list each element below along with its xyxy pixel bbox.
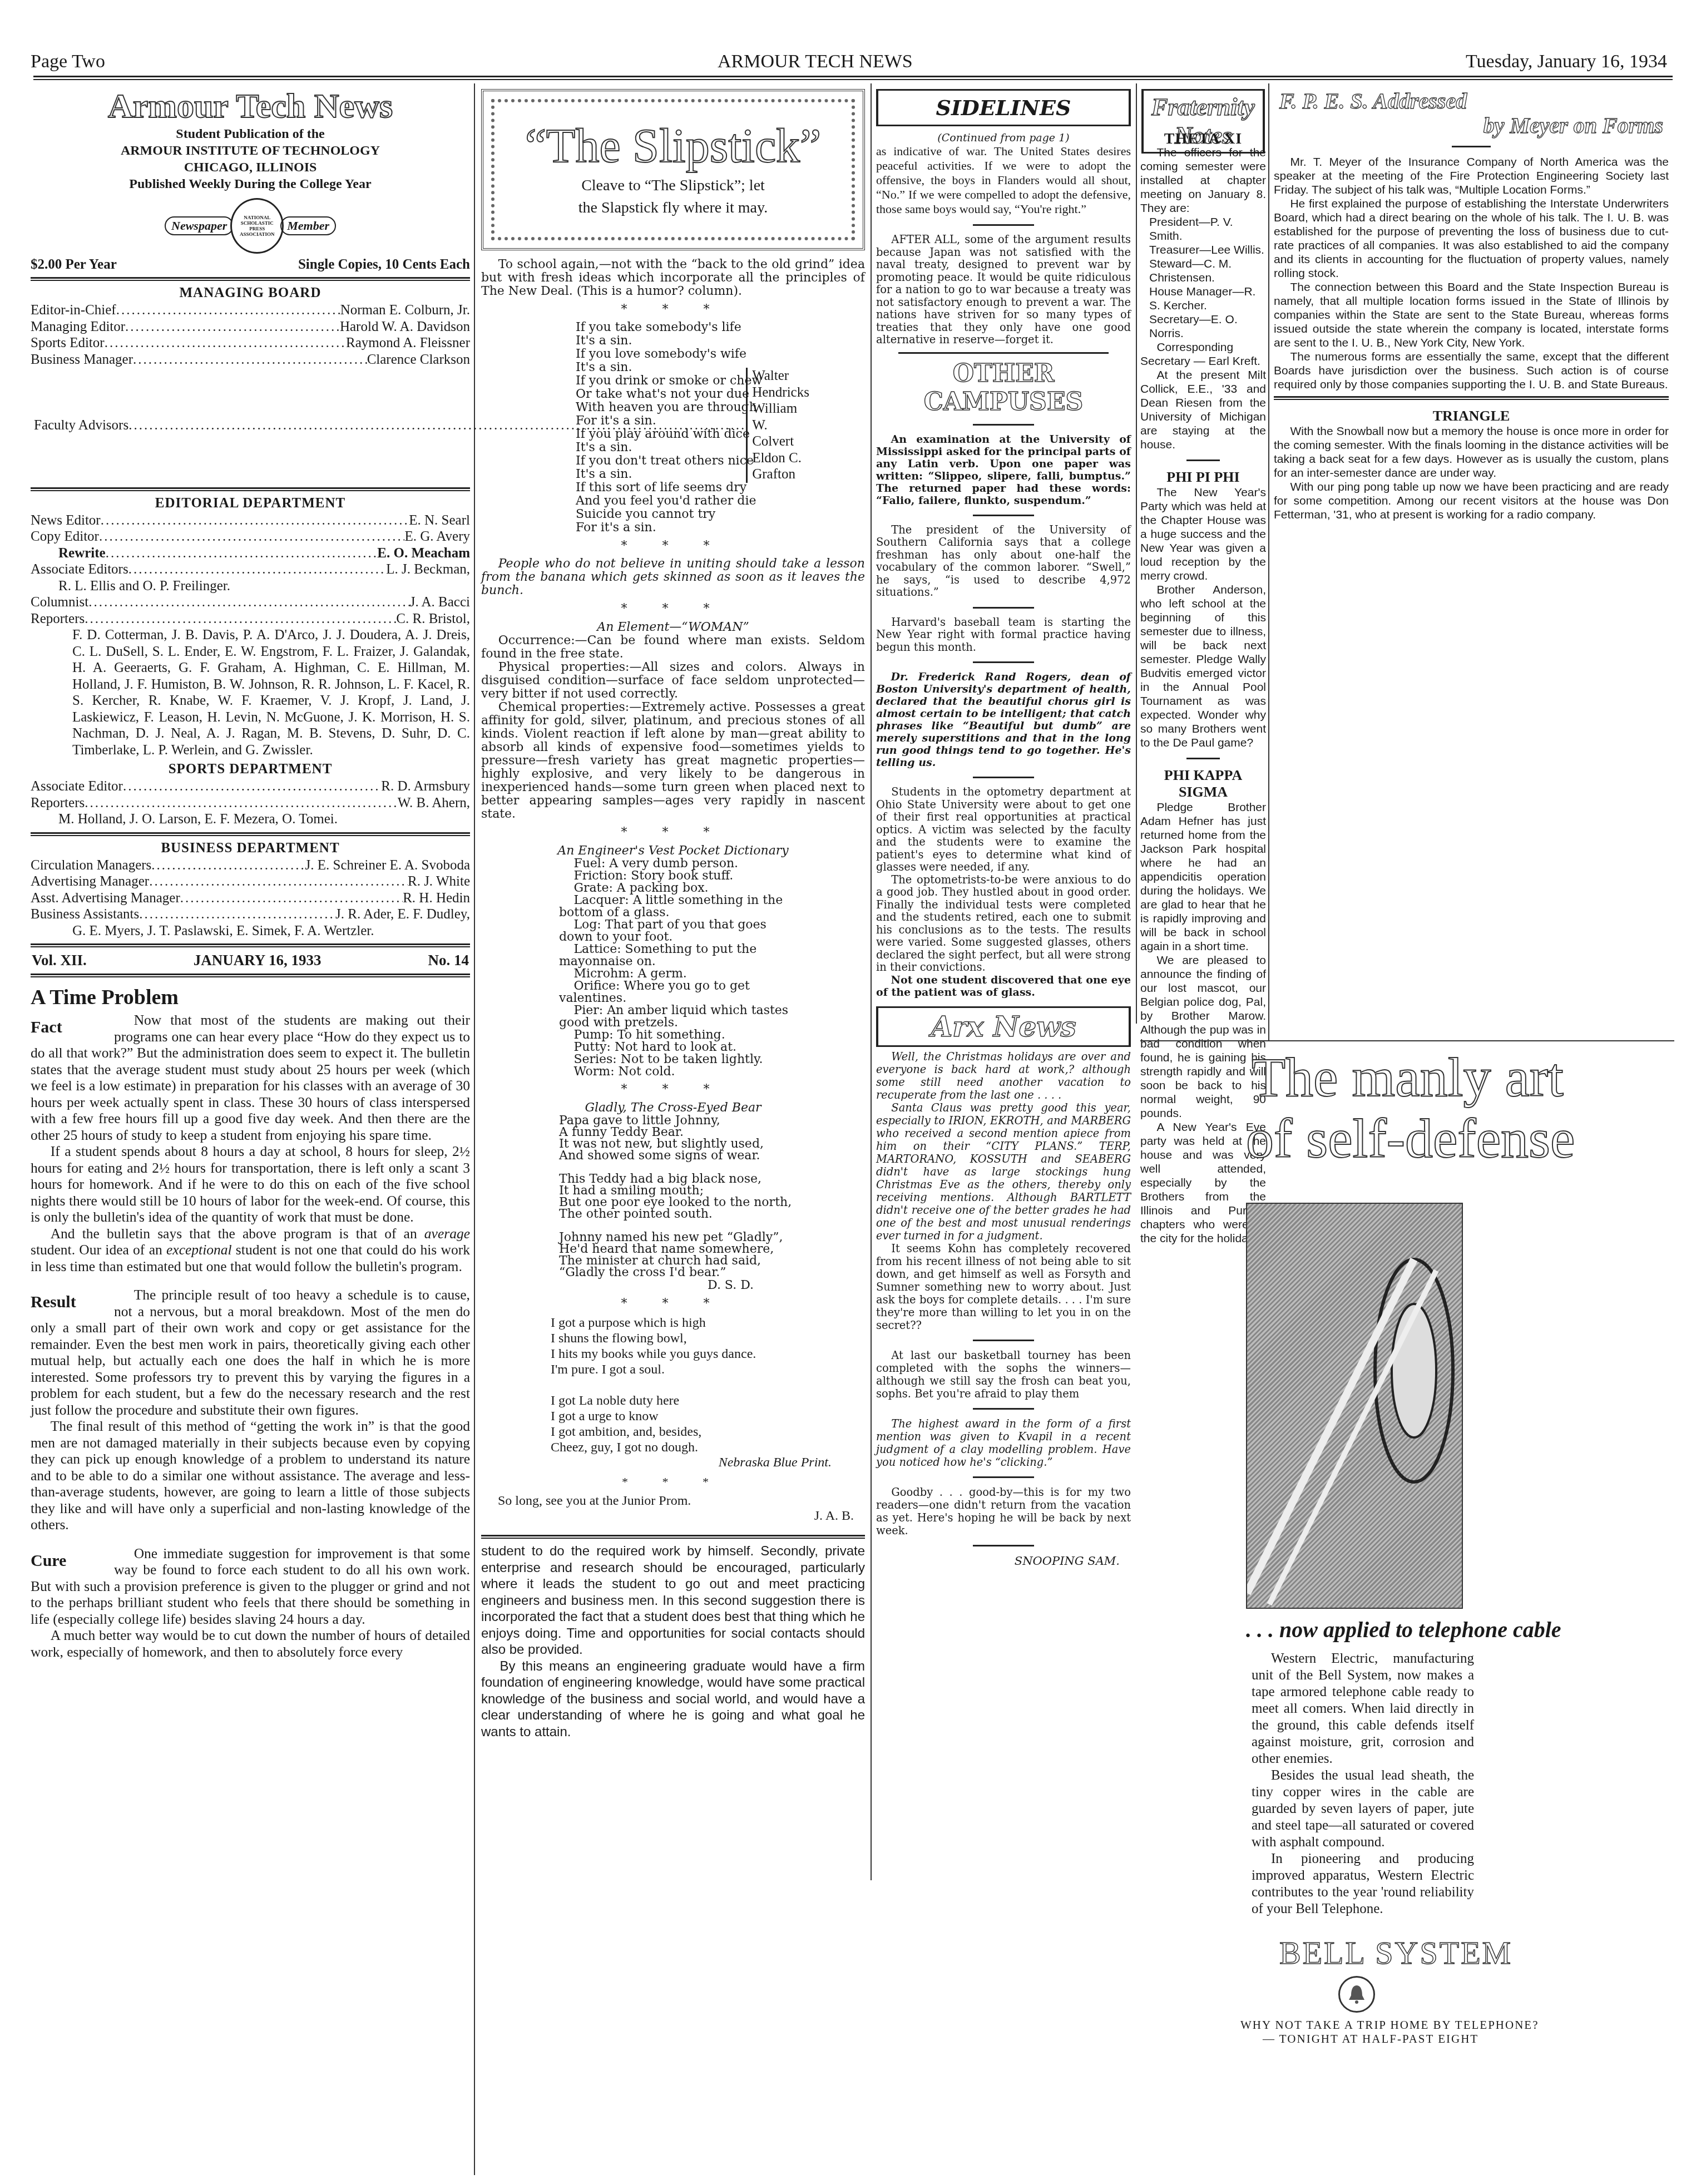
sidelines-column: SIDELINES (Continued from page 1) as ind…	[876, 83, 1131, 1568]
line: The other pointed south.	[559, 1208, 865, 1220]
line: I got ambition, and, besides,	[551, 1424, 865, 1440]
line: I got a urge to know	[551, 1409, 865, 1424]
arx-paragraph: The highest award in the form of a first…	[876, 1417, 1131, 1469]
cable-reel-icon	[1247, 1204, 1463, 1609]
rule	[1452, 146, 1491, 147]
slipstick-title: “The Slipstick”	[495, 119, 852, 172]
paper-name: ARMOUR TECH NEWS	[718, 51, 913, 72]
rule	[31, 974, 470, 977]
line: Secretary—E. O. Norris.	[1140, 313, 1266, 340]
rule	[973, 1408, 1034, 1410]
line: Or take what's not your due	[576, 388, 865, 401]
triangle-paragraph: With the Snowball now but a memory the h…	[1274, 424, 1669, 480]
column-divider	[474, 83, 475, 2175]
staff-row: ReportersW. B. Ahern,	[31, 795, 470, 812]
bear-signature: D. S. D.	[481, 1278, 865, 1292]
column-divider	[1268, 83, 1269, 1040]
campus-item: Harvard's baseball team is starting the …	[876, 616, 1131, 654]
staff-row: News EditorE. N. Searl	[31, 512, 470, 529]
associate-editors-cont: R. L. Ellis and O. P. Freilinger.	[31, 578, 470, 595]
line: And showed some signs of wear.	[559, 1150, 865, 1162]
line: But one poor eye looked to the north,	[559, 1197, 865, 1208]
line: Pier: An amber liquid which tastes good …	[559, 1005, 798, 1029]
staff-row: Associate EditorsL. J. Beckman,	[31, 561, 470, 578]
line: Papa gave to little Johnny,	[559, 1115, 865, 1126]
rule	[973, 1476, 1034, 1478]
banana-quip: People who do not believe in uniting sho…	[481, 557, 865, 597]
line: Cheez, guy, I got no dough.	[551, 1440, 865, 1455]
line: Friction: Story book stuff.	[559, 870, 798, 882]
separator: * * *	[481, 1083, 865, 1096]
line: If you don't treat others nice	[576, 454, 865, 468]
line: If you play around with dice	[576, 428, 865, 441]
sin-poem: If you take somebody's lifeIt's a sin.If…	[481, 321, 865, 535]
staff-row: Business AssistantsJ. R. Ader, E. F. Dud…	[31, 906, 470, 923]
staff-row: Advertising ManagerR. J. White	[31, 873, 470, 890]
rule	[31, 487, 470, 491]
line: If you love somebody's wife	[576, 348, 865, 361]
faculty-advisors: Faculty Advisors Walter Hendricks Willia…	[31, 368, 470, 483]
rule	[973, 424, 1034, 426]
slipstick-intro: To school again,—not with the “back to t…	[481, 258, 865, 298]
separator: * * *	[481, 602, 865, 616]
result-label: Result	[31, 1293, 114, 1311]
rule	[31, 943, 470, 947]
sidelines-paragraph: AFTER ALL, some of the argument results …	[876, 234, 1131, 347]
fraternity-paragraph: The New Year's Party which was held at t…	[1140, 486, 1266, 583]
separator: * * *	[481, 303, 865, 317]
slipstick-motto: Cleave to “The Slipstick”; let	[495, 177, 852, 195]
dictionary-title: An Engineer's Vest Pocket Dictionary	[481, 844, 865, 858]
line: It's a sin.	[576, 334, 865, 348]
staff-row: Managing EditorHarold W. A. Davidson	[31, 319, 470, 335]
issue-number: No. 14	[428, 952, 469, 969]
ad-footer: WHY NOT TAKE A TRIP HOME BY TELEPHONE?	[1140, 2018, 1674, 2032]
arx-paragraph: Goodby . . . good-by—this is for my two …	[876, 1486, 1131, 1537]
line: If this sort of life seems dry	[576, 481, 865, 495]
editorial-paragraph: And the bulletin says that the above pro…	[31, 1226, 470, 1275]
editorial-heading: EDITORIAL DEPARTMENT	[31, 496, 470, 511]
top-rule	[33, 76, 1673, 80]
rule	[973, 777, 1034, 778]
volume-date: JANUARY 16, 1933	[194, 952, 322, 969]
poem-source: Nebraska Blue Print.	[481, 1455, 865, 1470]
fpes-title: F. P. E. S. Addressed	[1274, 89, 1669, 113]
phi-kappa-sigma-heading: PHI KAPPA SIGMA	[1140, 767, 1266, 801]
rule	[31, 277, 470, 281]
fpes-paragraph: He first explained the purpose of establ…	[1274, 197, 1669, 280]
issue-date: Tuesday, January 16, 1934	[1466, 51, 1667, 72]
line: It's a sin.	[576, 441, 865, 454]
ad-paragraph: Besides the usual lead sheath, the tiny …	[1252, 1767, 1474, 1851]
arx-paragraph: At last our basketball tourney has been …	[876, 1349, 1131, 1400]
slipstick-column: “The Slipstick” Cleave to “The Slipstick…	[481, 83, 865, 1740]
separator: * * *	[481, 539, 865, 553]
campus-item: Not one student discovered that one eye …	[876, 974, 1131, 999]
editorial-paragraph: A much better way would be to cut down t…	[31, 1627, 470, 1660]
line: Steward—C. M. Christensen.	[1140, 257, 1266, 285]
editorial-continuation: student to do the required work by himse…	[481, 1543, 865, 1658]
fpes-paragraph: Mr. T. Meyer of the Insurance Company of…	[1274, 155, 1669, 197]
column-divider	[871, 83, 872, 1880]
separator: * * *	[481, 1475, 865, 1489]
woman-paragraph: Occurrence:—Can be found where man exist…	[481, 634, 865, 661]
fraternity-paragraph: Corresponding Secretary — Earl Kreft.	[1140, 340, 1266, 368]
line: Microhm: A germ.	[559, 968, 798, 980]
campus-item: The optometrists-to-be were anxious to d…	[876, 874, 1131, 974]
dictionary-list: Fuel: A very dumb person.Friction: Story…	[481, 858, 865, 1078]
volume-number: Vol. XII.	[32, 952, 87, 969]
price-year: $2.00 Per Year	[31, 257, 117, 273]
fpes-paragraph: The connection between this Board and th…	[1274, 280, 1669, 350]
line: With heaven you are through	[576, 401, 865, 414]
line: I'm pure. I got a soul.	[551, 1362, 865, 1377]
business-heading: BUSINESS DEPARTMENT	[31, 841, 470, 856]
badge-right: Member	[280, 216, 336, 235]
press-association-seal-icon: NATIONAL SCHOLASTIC PRESS ASSOCIATION	[230, 198, 284, 254]
line	[559, 1162, 865, 1173]
editorial-title: A Time Problem	[31, 985, 470, 1010]
fpes-paragraph: The numerous forms are essentially the s…	[1274, 350, 1669, 392]
line: It's a sin.	[576, 361, 865, 374]
line: A funny Teddy Bear.	[559, 1126, 865, 1138]
page-number: Page Two	[31, 51, 105, 72]
line: Worm: Not cold.	[559, 1066, 798, 1078]
arx-news-title: Arx News	[876, 1006, 1131, 1047]
price-row: $2.00 Per Year Single Copies, 10 Cents E…	[31, 257, 470, 273]
masthead-line2: ARMOUR INSTITUTE OF TECHNOLOGY	[31, 142, 470, 159]
line: House Manager—R. S. Kercher.	[1140, 285, 1266, 313]
line: Series: Not to be taken lightly.	[559, 1054, 798, 1066]
campus-item: The president of the University of South…	[876, 524, 1131, 599]
fraternity-paragraph: The officers for the coming semester wer…	[1140, 146, 1266, 215]
line: Orifice: Where you go to get valentines.	[559, 980, 798, 1005]
officer-list: President—P. V. Smith.Treasurer—Lee Will…	[1140, 215, 1266, 340]
sidelines-title: SIDELINES	[876, 89, 1131, 126]
fraternity-paragraph: Brother Anderson, who left school at the…	[1140, 583, 1266, 750]
line: I shuns the flowing bowl,	[551, 1331, 865, 1346]
line: Grate: A packing box.	[559, 882, 798, 895]
fraternity-paragraph: Pledge Brother Adam Hefner has just retu…	[1140, 801, 1266, 953]
arx-paragraph: Well, the Christmas holidays are over an…	[876, 1050, 1131, 1101]
column-divider	[1136, 83, 1137, 1024]
bell-system-ad: The manly art of self-defense . . . now …	[1140, 1040, 1674, 2046]
fact-label: Fact	[31, 1019, 114, 1036]
rule	[973, 661, 1034, 663]
triangle-heading: TRIANGLE	[1274, 408, 1669, 424]
ad-paragraph: Western Electric, manufacturing unit of …	[1252, 1651, 1474, 1767]
line: It was not new, but slightly used,	[559, 1138, 865, 1150]
line	[551, 1377, 865, 1393]
woman-title: An Element—“WOMAN”	[481, 620, 865, 634]
masthead-line1: Student Publication of the	[31, 126, 470, 142]
line: I got La noble duty here	[551, 1393, 865, 1409]
rule	[1186, 758, 1220, 759]
line: It had a smiling mouth;	[559, 1185, 865, 1197]
line: For it's a sin.	[576, 414, 865, 428]
nspa-badge: Newspaper NATIONAL SCHOLASTIC PRESS ASSO…	[31, 198, 470, 254]
staff-row: Editor-in-ChiefNorman E. Colburn, Jr.	[31, 302, 470, 319]
line: Lacquer: A little something in the botto…	[559, 895, 798, 919]
staff-row: RewriteE. O. Meacham	[31, 545, 470, 562]
staff-row: ReportersC. R. Bristol,	[31, 611, 470, 627]
continued-note: (Continued from page 1)	[876, 132, 1131, 144]
line: I got a purpose which is high	[551, 1315, 865, 1331]
masthead-line3: CHICAGO, ILLINOIS	[31, 159, 470, 176]
masthead-line4: Published Weekly During the College Year	[31, 176, 470, 192]
line: For it's a sin.	[576, 521, 865, 535]
line: It's a sin.	[576, 468, 865, 481]
line: And you feel you'd rather die	[576, 495, 865, 508]
campus-item: Dr. Frederick Rand Rogers, dean of Bosto…	[876, 671, 1131, 769]
staff-row: ColumnistJ. A. Bacci	[31, 594, 470, 611]
staff-row: Circulation ManagersJ. E. Schreiner E. A…	[31, 857, 470, 874]
rule	[1186, 459, 1220, 461]
triangle-paragraph: With our ping pong table up now we have …	[1274, 480, 1669, 522]
slipstick-signature: J. A. B.	[481, 1509, 865, 1524]
telephone-cable-illustration	[1246, 1203, 1463, 1609]
sports-heading: SPORTS DEPARTMENT	[31, 762, 470, 777]
arx-paragraph: It seems Kohn has completely recovered f…	[876, 1242, 1131, 1332]
masthead-title: Armour Tech News	[31, 87, 470, 126]
fpes-column: F. P. E. S. Addressed by Meyer on Forms …	[1274, 89, 1669, 522]
line: He'd heard that name somewhere,	[559, 1243, 865, 1255]
business-assistants: G. E. Myers, J. T. Paslawski, E. Simek, …	[31, 923, 470, 940]
staff-row: Sports EditorRaymond A. Fleissner	[31, 335, 470, 352]
bear-poem: Papa gave to little Johnny,A funny Teddy…	[481, 1115, 865, 1278]
cure-label: Cure	[31, 1552, 114, 1570]
rule	[481, 1535, 865, 1539]
staff-row: Copy EditorE. G. Avery	[31, 528, 470, 545]
bell-system-brand: BELL SYSTEM	[1140, 1934, 1674, 1971]
bell-logo-icon	[1338, 1976, 1375, 2013]
slipstick-box: “The Slipstick” Cleave to “The Slipstick…	[481, 89, 865, 250]
fraternity-paragraph: At the present Milt Collick, E.E., '33 a…	[1140, 368, 1266, 452]
bear-title: Gladly, The Cross-Eyed Bear	[481, 1101, 865, 1115]
fpes-title: by Meyer on Forms	[1274, 113, 1669, 138]
rule	[973, 1340, 1034, 1341]
price-single: Single Copies, 10 Cents Each	[298, 257, 470, 273]
line: Suicide you cannot try	[576, 508, 865, 521]
line: Fuel: A very dumb person.	[559, 858, 798, 870]
line: Log: That part of you that goes down to …	[559, 919, 798, 943]
editorial-paragraph: If a student spends about 8 hours a day …	[31, 1143, 470, 1226]
sidelines-paragraph: as indicative of war. The United States …	[876, 144, 1131, 216]
slipstick-motto: the Slapstick fly where it may.	[495, 199, 852, 217]
separator: * * *	[481, 1297, 865, 1311]
line: President—P. V. Smith.	[1140, 215, 1266, 243]
line: If you drink or smoke or chew	[576, 374, 865, 388]
line: Pump: To hit something.	[559, 1029, 798, 1041]
editorial-continuation: By this means an engineering graduate wo…	[481, 1658, 865, 1741]
masthead-column: Armour Tech News Student Publication of …	[31, 83, 470, 1660]
campus-item: An examination at the University of Miss…	[876, 433, 1131, 507]
volume-line: Vol. XII. JANUARY 16, 1933 No. 14	[31, 952, 470, 969]
woman-paragraph: Chemical properties:—Extremely active. P…	[481, 701, 865, 821]
editorial-paragraph: The final result of this method of “gett…	[31, 1418, 470, 1533]
ad-headline: The manly art	[1140, 1047, 1674, 1108]
separator: * * *	[481, 826, 865, 839]
managing-board-heading: MANAGING BOARD	[31, 285, 470, 301]
other-campuses-title: OTHER CAMPUSES	[876, 359, 1131, 416]
line: If you take somebody's life	[576, 321, 865, 334]
rule	[31, 832, 470, 836]
rule	[973, 515, 1034, 516]
line: Treasurer—Lee Willis.	[1140, 243, 1266, 257]
staff-row: Asst. Advertising ManagerR. H. Hedin	[31, 890, 470, 907]
arx-paragraph: Santa Claus was pretty good this year, e…	[876, 1101, 1131, 1242]
arx-signature: SNOOPING SAM.	[876, 1554, 1131, 1568]
line	[559, 1220, 865, 1232]
staff-row: Associate EditorR. D. Armsbury	[31, 778, 470, 795]
line: Johnny named his new pet “Gladly”,	[559, 1232, 865, 1243]
line: I hits my books while you guys dance.	[551, 1346, 865, 1362]
phi-pi-phi-heading: PHI PI PHI	[1140, 469, 1266, 486]
rule	[973, 607, 1034, 609]
slipstick-closing: So long, see you at the Junior Prom.	[481, 1494, 865, 1509]
woman-paragraph: Physical properties:—All sizes and color…	[481, 661, 865, 701]
ad-footer: — TONIGHT AT HALF-PAST EIGHT	[1140, 2032, 1674, 2046]
ad-headline: of self-defense	[1140, 1108, 1674, 1169]
purpose-poem: I got a purpose which is highI shuns the…	[481, 1315, 865, 1455]
ad-tagline: . . . now applied to telephone cable	[1140, 1617, 1674, 1643]
sports-reporters: M. Holland, J. O. Larson, E. F. Mezera, …	[31, 811, 470, 828]
campus-item: Students in the optometry department at …	[876, 786, 1131, 874]
ad-paragraph: In pioneering and producing improved app…	[1252, 1851, 1474, 1918]
reporters-list: F. D. Cotterman, J. B. Davis, P. A. D'Ar…	[31, 627, 470, 758]
rule	[1274, 396, 1669, 400]
rule	[973, 224, 1034, 226]
line: “Gladly the cross I'd bear.”	[559, 1267, 865, 1278]
line: The minister at church had said,	[559, 1255, 865, 1267]
staff-row: Business ManagerClarence Clarkson	[31, 352, 470, 368]
badge-left: Newspaper	[165, 216, 234, 235]
rule	[973, 1545, 1034, 1546]
line: This Teddy had a big black nose,	[559, 1173, 865, 1185]
line: Lattice: Something to put the mayonnaise…	[559, 943, 798, 968]
line: Putty: Not hard to look at.	[559, 1041, 798, 1054]
